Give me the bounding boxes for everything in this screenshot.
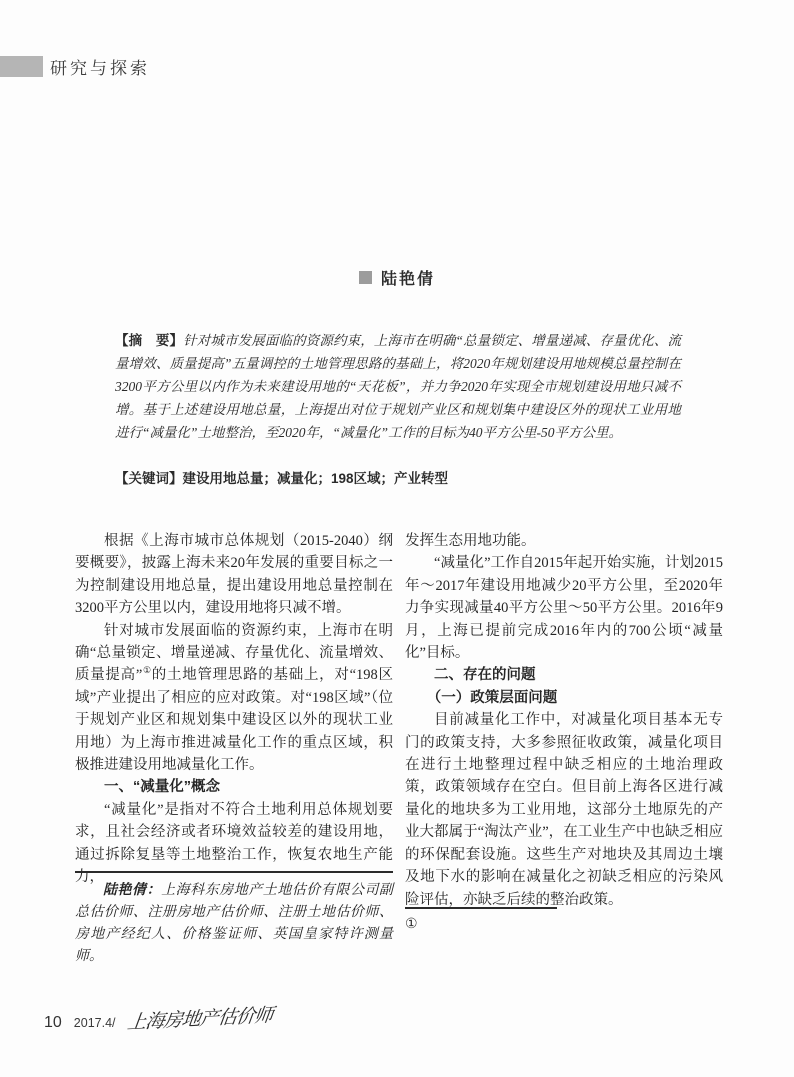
footnote-reference: ① [142, 666, 152, 676]
section-heading-1: 一、“减量化”概念 [75, 776, 393, 798]
author-bio-block: 陆艳倩：上海科东房地产土地估价有限公司副总估价师、注册房地产估价师、注册土地估价… [75, 871, 393, 968]
abstract-text: 针对城市发展面临的资源约束，上海市在明确“总量锁定、增量递减、存量优化、流量增效… [115, 333, 681, 440]
author-bio: 陆艳倩：上海科东房地产土地估价有限公司副总估价师、注册房地产估价师、注册土地估价… [75, 880, 393, 968]
abstract-block: 【摘 要】针对城市发展面临的资源约束，上海市在明确“总量锁定、增量递减、存量优化… [115, 329, 681, 444]
right-column: 发挥生态用地功能。 “减量化”工作自2015年起开始实施，计划2015年～201… [405, 530, 723, 970]
left-column: 根据《上海市城市总体规划（2015-2040）纲要概要》，披露上海未来20年发展… [75, 530, 393, 970]
body-columns: 根据《上海市城市总体规划（2015-2040）纲要概要》，披露上海未来20年发展… [75, 530, 723, 970]
page-footer: 10 2017.4/ 上海房地产估价师 [44, 1004, 272, 1032]
footnote-block: ① [405, 907, 723, 936]
keywords-label: 【关键词】 [115, 471, 183, 486]
journal-logo: 上海房地产估价师 [125, 1000, 274, 1035]
section-title: 研究与探索 [50, 54, 150, 79]
keywords-text: 建设用地总量；减量化；198区域；产业转型 [183, 471, 449, 486]
left-paragraph-2: 针对城市发展面临的资源约束，上海市在明确“总量锁定、增量递减、存量优化、流量增效… [75, 620, 393, 777]
footnote-mark: ① [405, 914, 723, 936]
sub-heading-1: （一）政策层面问题 [405, 687, 723, 709]
section-heading-2: 二、存在的问题 [405, 664, 723, 686]
abstract-label: 【摘 要】 [115, 333, 183, 348]
journal-page: 研究与探索 陆艳倩 【摘 要】针对城市发展面临的资源约束，上海市在明确“总量锁定… [0, 0, 794, 1077]
author-line: 陆艳倩 [0, 266, 794, 289]
author-marker-icon [359, 271, 372, 284]
author-name: 陆艳倩 [381, 266, 435, 289]
footnote-separator [405, 907, 557, 909]
issue-label: 2017.4/ [74, 1016, 116, 1032]
section-marker-icon [0, 56, 43, 77]
right-paragraph-1: “减量化”工作自2015年起开始实施，计划2015年～2017年建设用地减少20… [405, 552, 723, 664]
right-paragraph-0: 发挥生态用地功能。 [405, 530, 723, 552]
author-bio-name: 陆艳倩： [103, 883, 161, 898]
page-number: 10 [44, 1014, 62, 1032]
page-header: 研究与探索 [0, 54, 150, 79]
keywords-line: 【关键词】建设用地总量；减量化；198区域；产业转型 [115, 467, 681, 487]
right-paragraph-2: 目前减量化工作中，对减量化项目基本无专门的政策支持，大多参照征收政策，减量化项目… [405, 709, 723, 911]
left-paragraph-1: 根据《上海市城市总体规划（2015-2040）纲要概要》，披露上海未来20年发展… [75, 530, 393, 620]
